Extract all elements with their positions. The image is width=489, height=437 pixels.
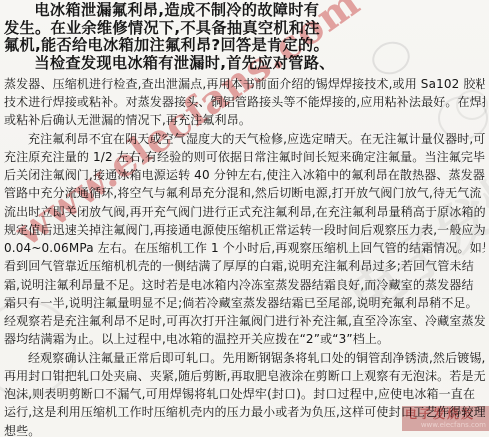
text-line: 电冰箱泄漏氟利昂,造成不制冷的故障时有 xyxy=(4,2,354,20)
text-layer: 电冰箱泄漏氟利昂,造成不制冷的故障时有发生。在业余维修情况下,不具备抽真空机和注… xyxy=(0,0,489,437)
text-line: 当检查发现电冰箱有泄漏时,首先应对管路、 xyxy=(4,55,354,73)
body-paragraph-block: 蒸发器、压缩机进行检查,查出泄漏点,再用本书前面介绍的锡焊焊接技术,或用 Sa1… xyxy=(4,75,485,437)
text-line: 看到回气管靠近压缩机机壳的一侧结满了厚厚的白霜,说明充注氟利昂过多;若回气管未结 xyxy=(4,257,485,275)
text-line: 规定值后迅速关掉注氟阀门,再接通电源使压缩机正常运转一段时间后观察压力表,一般应… xyxy=(4,221,485,239)
text-line: 后关闭注氟阀门,接通冰箱电源运转 40 分钟左右,使注入冰箱中的氟利昂在散热器、… xyxy=(4,166,485,184)
text-line: 想些。 xyxy=(4,422,485,437)
text-line: 充注氟利昂不宜在阴天或空气湿度大的天气检修,应选定晴天。在无注氟计量仪器时,可 xyxy=(4,130,485,148)
text-line: 或粘补后确认无泄漏的情况下,再充注氟利昂。 xyxy=(4,111,485,129)
intro-paragraph-block: 电冰箱泄漏氟利昂,造成不制冷的故障时有发生。在业余维修情况下,不具备抽真空机和注… xyxy=(4,2,354,73)
text-line: 经观察确认注氟量正常后即可轧口。先用断钢锯条将轧口处的铜管刮净锈渍,然后镀锡, xyxy=(4,349,485,367)
text-line: 技术进行焊接或粘补。对蒸发器接头、铜铝管路接头等不能焊接的,应用粘补法最好。在焊… xyxy=(4,93,485,111)
text-line: 发生。在业余维修情况下,不具备抽真空机和注 xyxy=(4,20,354,38)
text-line: 霜,说明注氟利昂量不足。这时若是电冰箱内冷冻室蒸发器结霜良好,而冷藏室的蒸发器结 xyxy=(4,276,485,294)
text-line: 流出时立即关闭放气阀,再开充气阀门进行正式充注氟利昂,在充注氟利昂量稍高于原冰箱… xyxy=(4,203,485,221)
text-line: 经观察若是充注氟利昂不足时,可再次打开注氟阀门进行补充注氟,直至冷冻室、冷藏室蒸… xyxy=(4,312,485,330)
text-line: 充注原充注量的 1/2 左右,有经验的则可依据日常注氟时间长短来确定注氟量。当注… xyxy=(4,148,485,166)
text-line: 泡沫,则表明剪断口不漏气,可用焊锡将轧口处焊牢(封口)。封口过程中,应使电冰箱一… xyxy=(4,385,485,403)
text-line: 霜只有一半,说明注氟量明显不足;倘若冷藏室蒸发器结霜已至尾部,说明充氟利昂稍不足… xyxy=(4,294,485,312)
text-line: 器均结满霜为止。以上过程中,电冰箱的温控开关应拨在“2”或“3”档上。 xyxy=(4,330,485,348)
text-line: 再用封口钳把轧口处夹扁、夹紧,随后剪断,再取肥皂液涂在剪断口上观察有无泡沫。若是… xyxy=(4,367,485,385)
text-line: 运行,这是利用压缩机工作时压缩机壳内的压力最小或者为负压,这样可使封口工艺作得较… xyxy=(4,403,485,421)
text-line: 蒸发器、压缩机进行检查,查出泄漏点,再用本书前面介绍的锡焊焊接技术,或用 Sa1… xyxy=(4,75,485,93)
text-line: 管路中充分流通循环,将空气与氟利昂充分混和,然后切断电源,打开放气阀门放气,待无… xyxy=(4,184,485,202)
scanned-document-page: 电子发烧友 电冰箱泄漏氟利昂,造成不制冷的故障时有发生。在业余维修情况下,不具备… xyxy=(0,0,489,437)
text-line: 0.04~0.06MPa 左右。在压缩机工作 1 个小时后,再观察压缩机上回气管… xyxy=(4,239,485,257)
text-line: 氟机,能否给电冰箱加注氟利昂?回答是肯定的。 xyxy=(4,37,354,55)
